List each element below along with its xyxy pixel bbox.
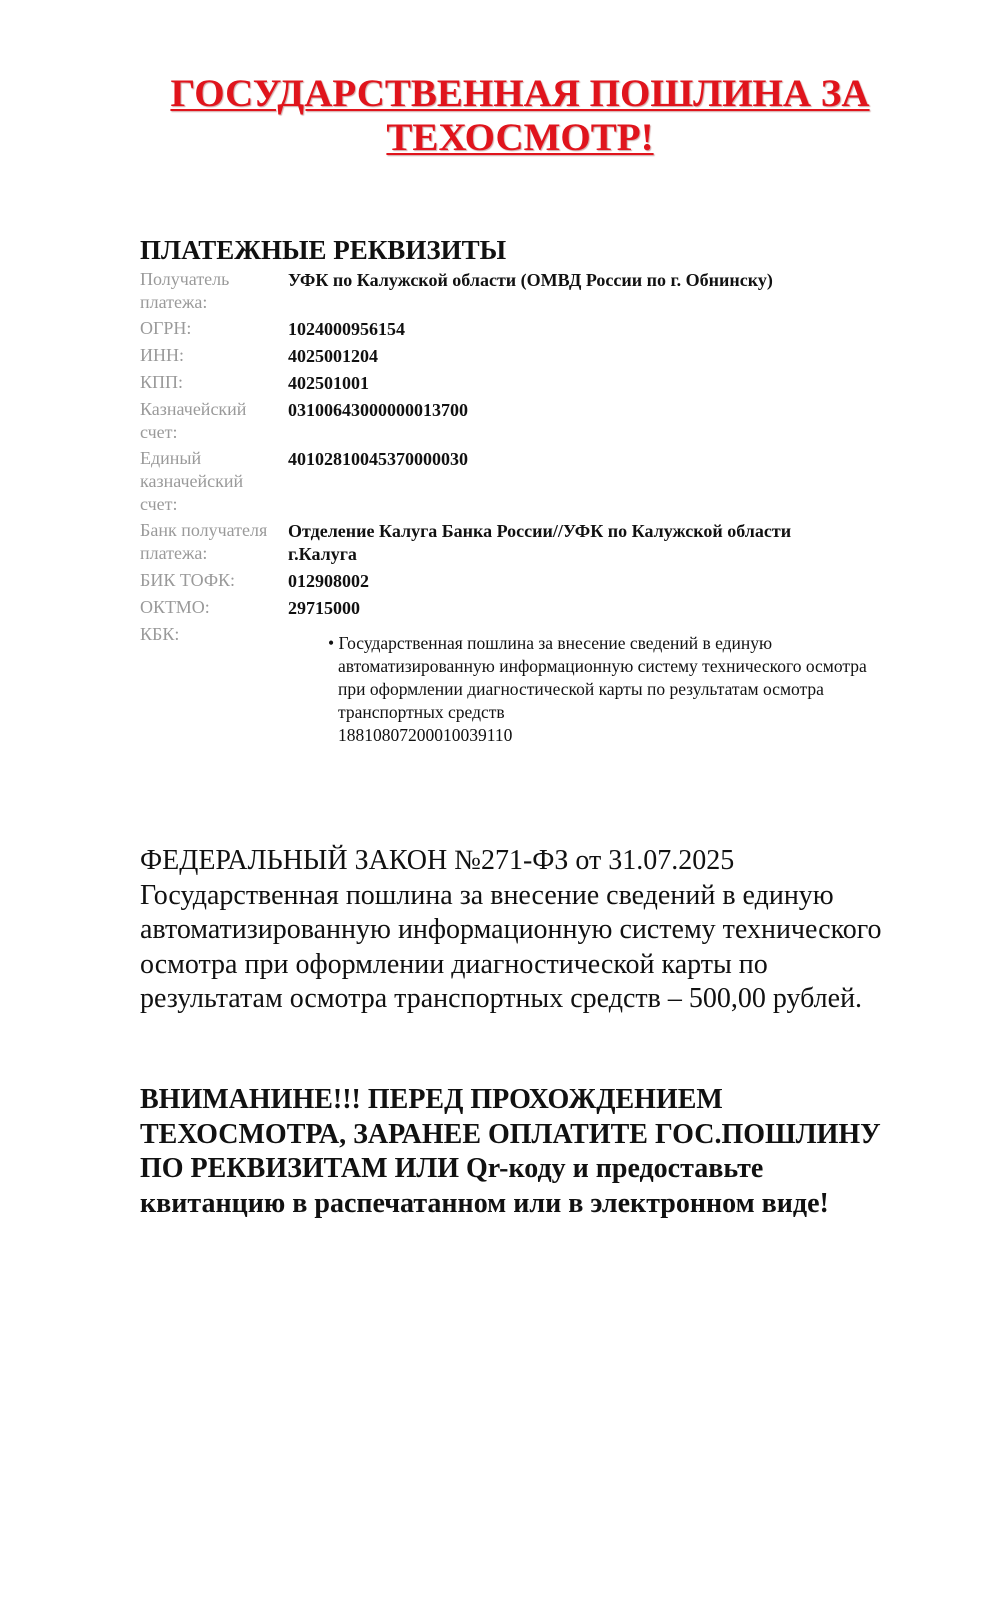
federal-law-block: ФЕДЕРАЛЬНЫЙ ЗАКОН №271-ФЗ от 31.07.2025 … (140, 844, 900, 1017)
requisite-row-recipient: Получатель платежа: УФК по Калужской обл… (140, 268, 920, 314)
requisite-row-inn: ИНН: 4025001204 (140, 344, 920, 368)
requisite-row-treasury-account: Казначейский счет: 03100643000000013700 (140, 398, 920, 444)
requisite-row-bik: БИК ТОФК: 012908002 (140, 569, 920, 593)
requisite-label: КБК: (140, 623, 288, 646)
requisite-label: КПП: (140, 371, 288, 394)
requisite-row-oktmo: ОКТМО: 29715000 (140, 596, 920, 620)
kbk-list-item: • Государственная пошлина за внесение св… (320, 632, 920, 747)
requisite-row-ogrn: ОГРН: 1024000956154 (140, 317, 920, 341)
requisite-label: Получатель платежа: (140, 268, 260, 314)
requisite-row-single-treasury-account: Единый казначейский счет: 40102810045370… (140, 447, 920, 516)
requisite-label: Единый казначейский счет: (140, 447, 260, 516)
kbk-description: Государственная пошлина за внесение свед… (338, 633, 867, 722)
law-text: Государственная пошлина за внесение свед… (140, 879, 900, 1017)
requisite-label: ОГРН: (140, 317, 288, 340)
page-title-line2: ТЕХОСМОТР! (386, 116, 653, 159)
requisite-value: 03100643000000013700 (288, 398, 920, 422)
requisite-label: ОКТМО: (140, 596, 288, 619)
requisite-row-kpp: КПП: 402501001 (140, 371, 920, 395)
requisite-row-kbk: КБК: • Государственная пошлина за внесен… (140, 623, 920, 738)
requisite-row-bank: Банк получателя платежа: Отделение Калуг… (140, 519, 920, 566)
requisite-label: БИК ТОФК: (140, 569, 288, 592)
requisite-value: Отделение Калуга Банка России//УФК по Ка… (288, 519, 848, 566)
requisite-label: ИНН: (140, 344, 288, 367)
kbk-list: • Государственная пошлина за внесение св… (288, 623, 920, 738)
requisite-value: 40102810045370000030 (288, 447, 920, 471)
requisites-table: Получатель платежа: УФК по Калужской обл… (140, 268, 920, 738)
requisite-value: 1024000956154 (288, 317, 920, 341)
bullet-icon: • (328, 633, 334, 653)
requisite-value: 402501001 (288, 371, 920, 395)
requisite-value: УФК по Калужской области (ОМВД России по… (288, 268, 920, 292)
requisite-value: 29715000 (288, 596, 920, 620)
kbk-code: 18810807200010039110 (338, 725, 512, 745)
requisite-label: Банк получателя платежа: (140, 519, 282, 565)
requisite-value: 4025001204 (288, 344, 920, 368)
page-title: ГОСУДАРСТВЕННАЯ ПОШЛИНА ЗА ТЕХОСМОТР! (140, 72, 900, 160)
requisites-heading: ПЛАТЕЖНЫЕ РЕКВИЗИТЫ (140, 234, 506, 266)
requisite-value: 012908002 (288, 569, 920, 593)
law-heading: ФЕДЕРАЛЬНЫЙ ЗАКОН №271-ФЗ от 31.07.2025 (140, 844, 900, 879)
page-title-line1: ГОСУДАРСТВЕННАЯ ПОШЛИНА ЗА (170, 72, 869, 115)
warning-notice: ВНИМАНИНЕ!!! ПЕРЕД ПРОХОЖДЕНИЕМ ТЕХОСМОТ… (140, 1083, 900, 1221)
requisite-label: Казначейский счет: (140, 398, 260, 444)
